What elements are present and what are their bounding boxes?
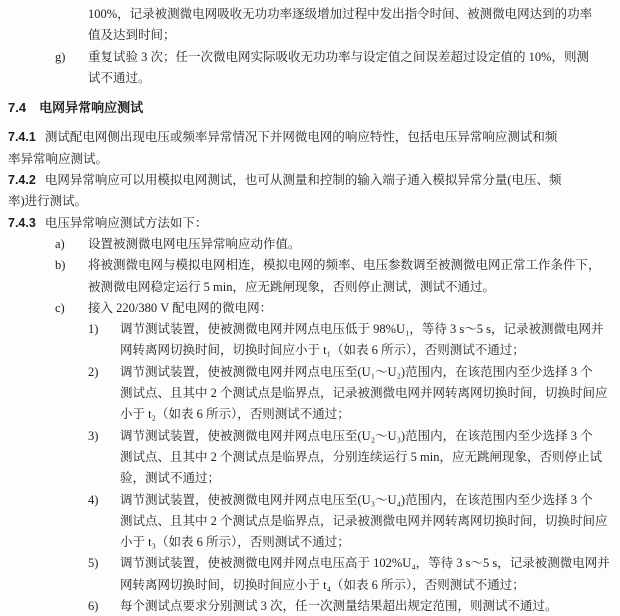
sub-item-3-text: 调节测试装置，使被测微电网并网点电压至(U₂～U₃)范围内，在该范围内至少选择 … [120, 426, 602, 490]
sub-item-5-label: 5) [88, 553, 120, 596]
clause-7-4-3-number: 7.4.3 [8, 216, 36, 230]
list-item-a: a) 设置被测微电网电压异常响应动作值。 [55, 234, 612, 255]
list-item-b-label: b) [55, 255, 88, 298]
sub-item-2-text: 调节测试装置，使被测微电网并网点电压至(U₁～U₂)范围内，在该范围内至少选择 … [120, 362, 608, 426]
sub-item-1: 1) 调节测试装置，使被测微电网并网点电压低于 98%U₁，等待 3 s～5 s… [88, 319, 612, 362]
list-item-a-text: 设置被测微电网电压异常响应动作值。 [88, 234, 301, 255]
sub-item-2-label: 2) [88, 362, 120, 426]
sub-item-4: 4) 调节测试装置，使被测微电网并网点电压至(U₃～U₄)范围内，在该范围内至少… [88, 490, 612, 554]
list-item-g: g) 重复试验 3 次；任一次微电网实际吸收无功功率与设定值之间误差超过设定值的… [55, 47, 612, 90]
list-item-b-text: 将被测微电网与模拟电网相连，模拟电网的频率、电压参数调至被测微电网正常工作条件下… [88, 255, 601, 298]
sub-item-4-text: 调节测试装置，使被测微电网并网点电压至(U₃～U₄)范围内，在该范围内至少选择 … [120, 490, 608, 554]
section-heading-7-4: 7.4电网异常响应测试 [8, 97, 612, 118]
sub-item-6: 6) 每个测试点要求分别测试 3 次，任一次测量结果超出规定范围，则测试不通过。 [88, 596, 612, 616]
clause-7-4-3: 7.4.3电压异常响应测试方法如下： [8, 213, 612, 234]
clause-7-4-1: 7.4.1测试配电网侧出现电压或频率异常情况下并网微电网的响应特性，包括电压异常… [8, 127, 612, 170]
list-item-g-text: 重复试验 3 次；任一次微电网实际吸收无功功率与设定值之间误差超过设定值的 10… [88, 47, 589, 90]
sub-item-6-label: 6) [88, 596, 120, 616]
section-title: 电网异常响应测试 [39, 100, 143, 115]
clause-7-4-1-text: 测试配电网侧出现电压或频率异常情况下并网微电网的响应特性，包括电压异常响应测试和… [8, 130, 557, 165]
list-item-b: b) 将被测微电网与模拟电网相连，模拟电网的频率、电压参数调至被测微电网正常工作… [55, 255, 612, 298]
list-item-c-text: 接入 220/380 V 配电网的微电网： [88, 298, 272, 319]
list-item-c: c) 接入 220/380 V 配电网的微电网： [55, 298, 612, 319]
list-item-a-label: a) [55, 234, 88, 255]
sub-item-6-text: 每个测试点要求分别测试 3 次，任一次测量结果超出规定范围，则测试不通过。 [120, 596, 558, 616]
sub-item-5: 5) 调节测试装置，使被测微电网并网点电压高于 102%U₄，等待 3 s～5 … [88, 553, 612, 596]
list-item-c-label: c) [55, 298, 88, 319]
sub-item-3: 3) 调节测试装置，使被测微电网并网点电压至(U₂～U₃)范围内，在该范围内至少… [88, 426, 612, 490]
clause-7-4-3-text: 电压异常响应测试方法如下： [45, 216, 208, 230]
sub-item-1-text: 调节测试装置，使被测微电网并网点电压低于 98%U₁，等待 3 s～5 s，记录… [120, 319, 604, 362]
clause-7-4-2-text: 电网异常响应可以用模拟电网测试，也可从测量和控制的输入端子通入模拟异常分量(电压… [8, 173, 561, 208]
clause-7-4-2: 7.4.2电网异常响应可以用模拟电网测试，也可从测量和控制的输入端子通入模拟异常… [8, 170, 612, 213]
sub-item-3-label: 3) [88, 426, 120, 490]
sub-item-4-label: 4) [88, 490, 120, 554]
sub-item-1-label: 1) [88, 319, 120, 362]
paragraph-f-continuation: 100%，记录被测微电网吸收无功功率逐级增加过程中发出指令时间、被测微电网达到的… [88, 4, 612, 47]
document-page: 100%，记录被测微电网吸收无功功率逐级增加过程中发出指令时间、被测微电网达到的… [0, 0, 620, 616]
list-item-g-label: g) [55, 47, 88, 90]
clause-7-4-1-number: 7.4.1 [8, 130, 36, 144]
sub-item-2: 2) 调节测试装置，使被测微电网并网点电压至(U₁～U₂)范围内，在该范围内至少… [88, 362, 612, 426]
section-number: 7.4 [8, 100, 26, 115]
clause-7-4-2-number: 7.4.2 [8, 173, 36, 187]
sub-item-5-text: 调节测试装置，使被测微电网并网点电压高于 102%U₄，等待 3 s～5 s，记… [120, 553, 610, 596]
